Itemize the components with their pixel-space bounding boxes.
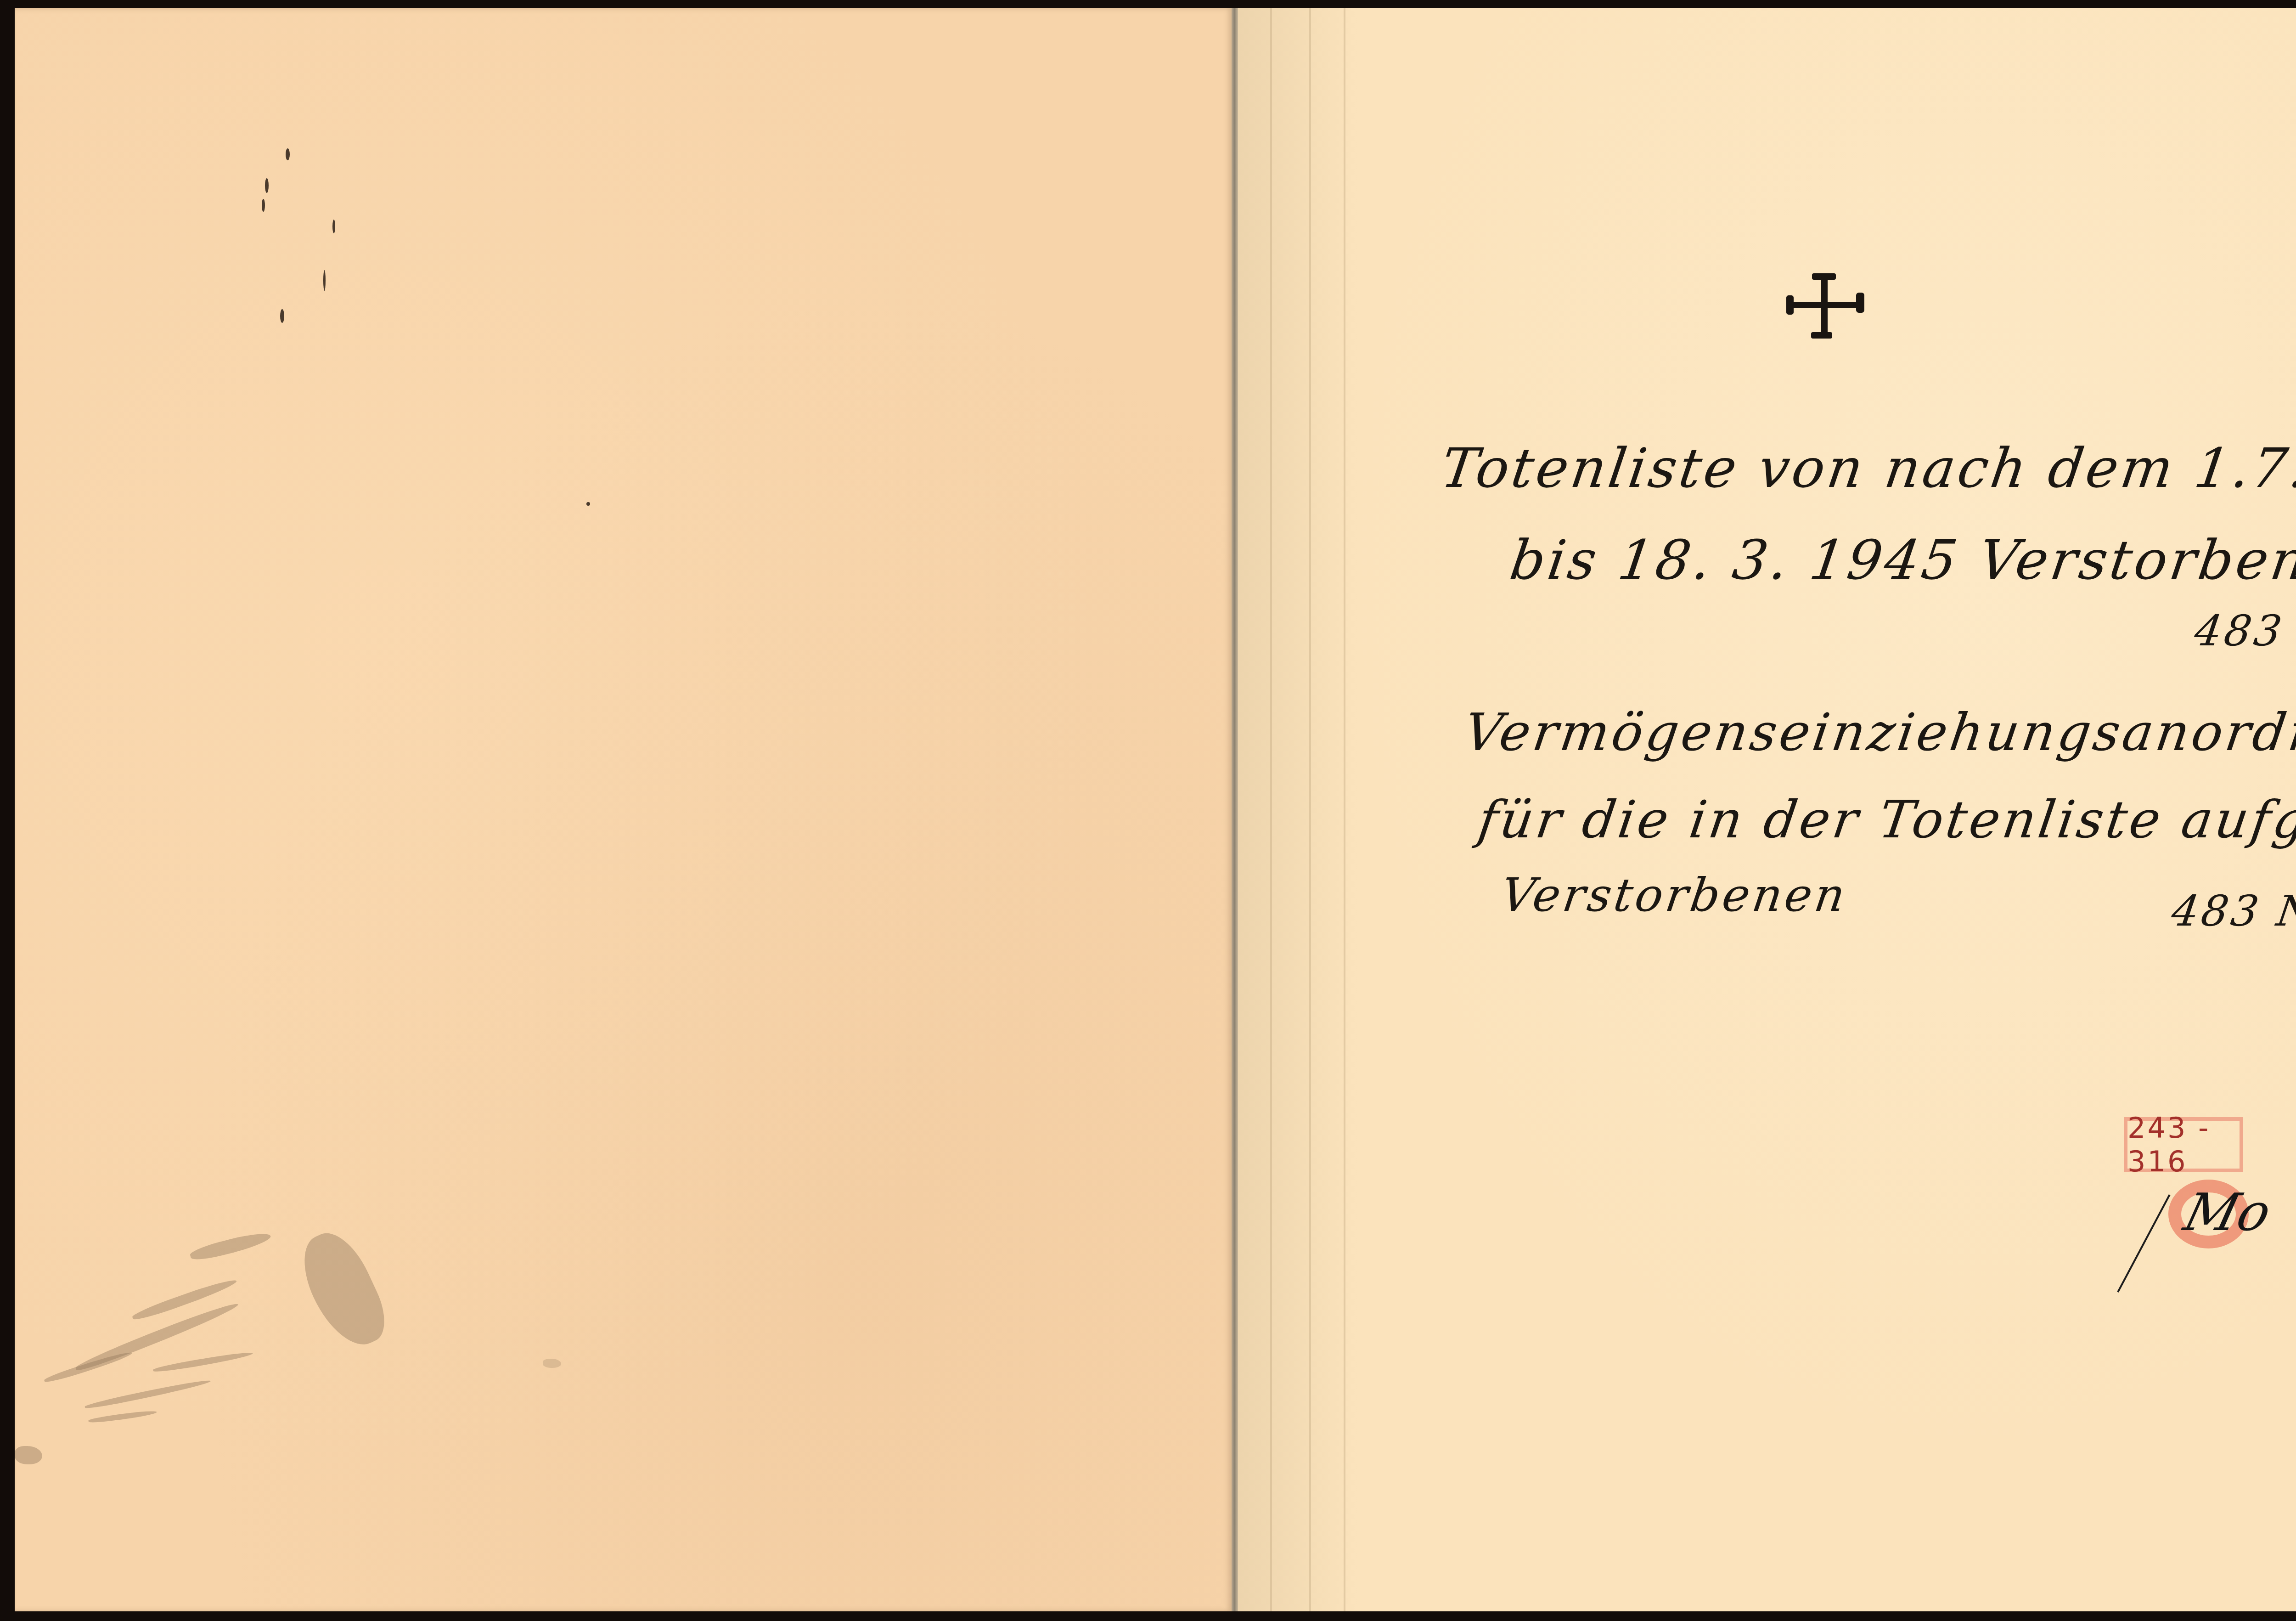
archive-number: 243 - 316 [2127, 1111, 2240, 1178]
water-stain [543, 1359, 561, 1368]
fold-line [1270, 8, 1272, 1611]
subtitle-line-1: Vermögenseinziehungsanordnungen [1461, 703, 2296, 762]
subtitle-line-2: für die in der Totenliste aufgeführten [1474, 790, 2296, 850]
water-stain [88, 1409, 157, 1424]
title-line-1: Totenliste von nach dem 1.7. 1943 [1437, 436, 2296, 500]
ink-speck [280, 309, 284, 323]
subtitle-name-count: 483 Namen [2168, 887, 2296, 936]
title-line-2: bis 18. 3. 1945 Verstorbenen [1506, 528, 2296, 592]
water-stain [189, 1229, 272, 1264]
folder-spine [1232, 8, 1238, 1611]
title-name-count: 483 Namen [2191, 606, 2296, 655]
subtitle-line-3: Verstorbenen [1498, 868, 1851, 922]
ink-speck [265, 178, 269, 193]
ink-speck [286, 148, 290, 160]
water-stain [84, 1378, 212, 1411]
handwritten-initials: Mo [2178, 1183, 2277, 1243]
ink-speck [332, 220, 335, 233]
ink-speck [586, 502, 590, 506]
water-stain [291, 1223, 395, 1357]
fold-line [1344, 8, 1345, 1611]
water-stain [152, 1350, 253, 1374]
ink-speck [262, 199, 265, 212]
ink-speck [323, 270, 326, 291]
left-cover-page [15, 8, 1232, 1611]
water-stain [43, 1349, 133, 1384]
fold-line [1309, 8, 1311, 1611]
archive-number-stamp: 243 - 316 [2124, 1117, 2243, 1172]
cross-icon [1785, 269, 1868, 342]
water-stain [131, 1276, 238, 1323]
water-stain [15, 1446, 42, 1464]
